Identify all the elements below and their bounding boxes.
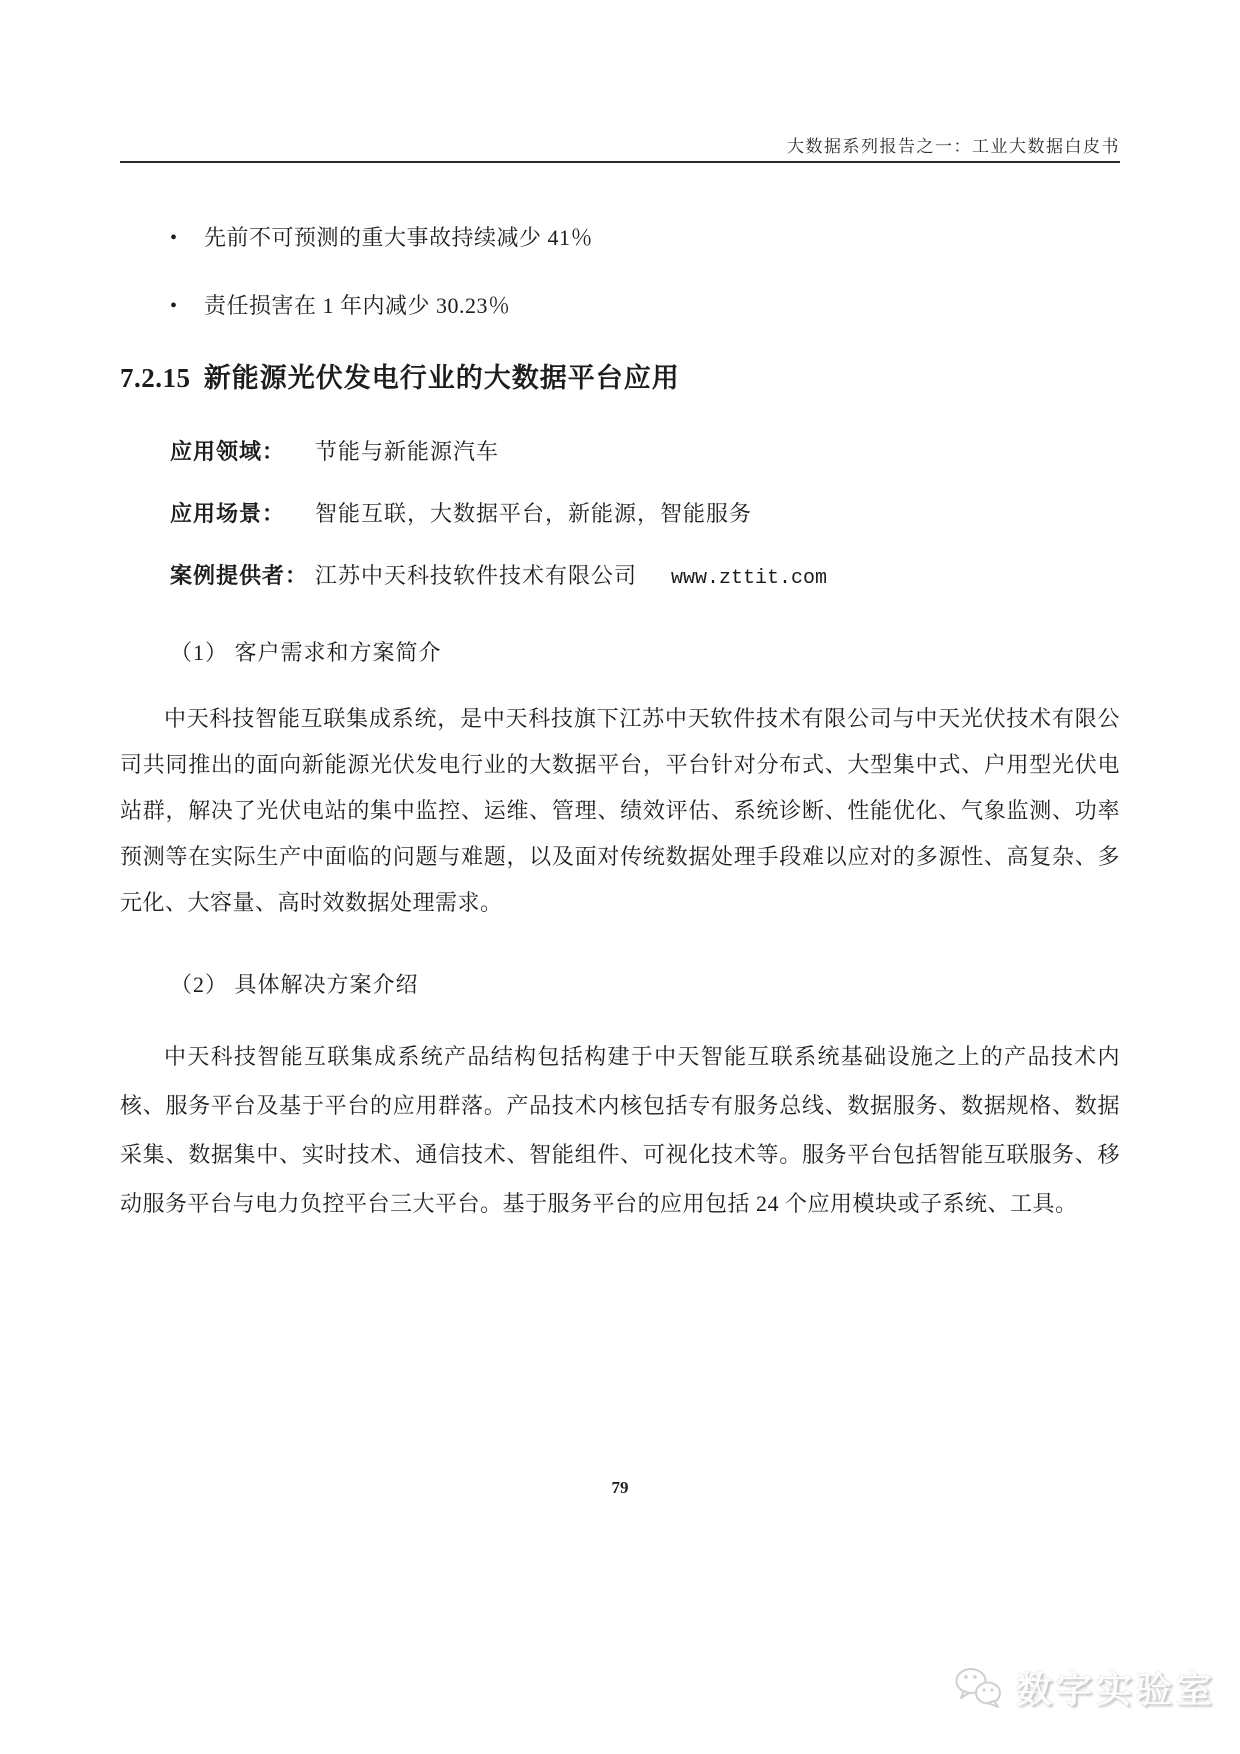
field-label: 应用场景：	[170, 499, 315, 529]
bullet-item: • 责任损害在 1 年内减少 30.23％	[120, 291, 1120, 321]
header-rule	[120, 161, 1120, 163]
field-value: 智能互联，大数据平台，新能源，智能服务	[315, 499, 752, 529]
paragraph: 中天科技智能互联集成系统，是中天科技旗下江苏中天软件技术有限公司与中天光伏技术有…	[120, 696, 1120, 926]
field-value: 节能与新能源汽车	[315, 437, 499, 467]
subsection-heading: （1） 客户需求和方案简介	[120, 638, 1120, 668]
page-header: 大数据系列报告之一：工业大数据白皮书	[0, 0, 1240, 163]
bullet-item: • 先前不可预测的重大事故持续减少 41％	[120, 223, 1120, 253]
page-number: 79	[0, 1478, 1240, 1498]
document-page: 大数据系列报告之一：工业大数据白皮书 • 先前不可预测的重大事故持续减少 41％…	[0, 0, 1240, 1754]
field-value: 江苏中天科技软件技术有限公司	[315, 561, 637, 591]
field-row-application-scenario: 应用场景： 智能互联，大数据平台，新能源，智能服务	[120, 499, 1120, 529]
paragraph: 中天科技智能互联集成系统产品结构包括构建于中天智能互联系统基础设施之上的产品技术…	[120, 1032, 1120, 1228]
bullet-dot-icon: •	[170, 291, 204, 321]
field-label: 案例提供者：	[170, 561, 315, 591]
subsection-heading: （2） 具体解决方案介绍	[120, 970, 1120, 1000]
case-meta-fields: 应用领域： 节能与新能源汽车 应用场景： 智能互联，大数据平台，新能源，智能服务…	[120, 437, 1120, 594]
wechat-chat-bubbles-icon	[954, 1666, 1006, 1710]
field-row-application-area: 应用领域： 节能与新能源汽车	[120, 437, 1120, 467]
field-row-case-provider: 案例提供者： 江苏中天科技软件技术有限公司 www.zttit.com	[120, 561, 1120, 594]
running-header-title: 大数据系列报告之一：工业大数据白皮书	[120, 136, 1120, 158]
bullet-text: 先前不可预测的重大事故持续减少 41％	[204, 223, 593, 253]
section-title: 新能源光伏发电行业的大数据平台应用	[204, 363, 680, 393]
bullet-list: • 先前不可预测的重大事故持续减少 41％ • 责任损害在 1 年内减少 30.…	[120, 223, 1120, 321]
bullet-text: 责任损害在 1 年内减少 30.23％	[204, 291, 511, 321]
field-label: 应用领域：	[170, 437, 315, 467]
section-heading: 7.2.15 新能源光伏发电行业的大数据平台应用	[120, 359, 1120, 397]
watermark-label: 数字实验室	[1016, 1662, 1216, 1713]
section-number: 7.2.15	[120, 363, 191, 393]
provider-website-text: www.zttit.com	[671, 564, 827, 594]
bullet-dot-icon: •	[170, 223, 204, 253]
watermark: 数字实验室	[954, 1662, 1216, 1713]
